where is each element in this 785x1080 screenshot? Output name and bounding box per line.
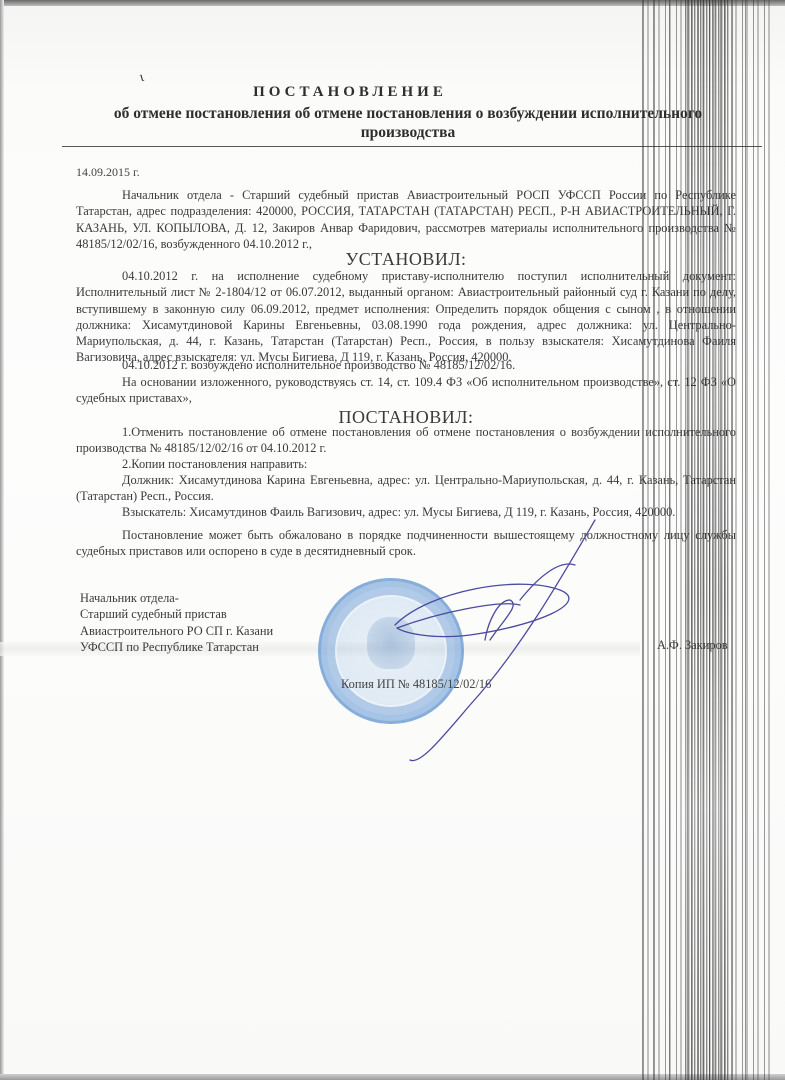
document-title: ПОСТАНОВЛЕНИЕ [60, 84, 640, 101]
scan-left-edge [0, 0, 4, 1080]
intro-paragraph: Начальник отдела - Старший судебный прис… [76, 187, 736, 252]
eagle-emblem-icon [367, 617, 415, 669]
scanner-streak-line [732, 0, 733, 1080]
signatory-line-3: Авиастроительного РО СП г. Казани [80, 623, 273, 639]
document-date: 14.09.2015 г. [76, 165, 140, 180]
scanner-streak-line [745, 0, 746, 1080]
resolution-item-2: 2.Копии постановления направить: [76, 456, 736, 472]
scan-top-edge [0, 0, 785, 6]
scanned-document-page: ι ПОСТАНОВЛЕНИЕ об отмене постановления … [0, 0, 785, 1080]
scanner-streak-line [669, 0, 670, 1080]
document-subtitle: об отмене постановления об отмене постан… [78, 104, 738, 142]
established-paragraph: 04.10.2012 г. на исполнение судебному пр… [76, 268, 736, 366]
signatory-line-1: Начальник отдела- [80, 590, 273, 606]
signatory-name: А.Ф. Закиров [657, 638, 728, 653]
title-divider [62, 146, 762, 147]
official-seal-stamp [318, 578, 464, 724]
signatory-line-4: УФССП по Республике Татарстан [80, 639, 273, 655]
signatory-block: Начальник отдела- Старший судебный прист… [80, 590, 273, 655]
recipient-debtor: Должник: Хисамутдинова Карина Евгеньевна… [76, 472, 736, 505]
signatory-line-2: Старший судебный пристав [80, 606, 273, 622]
scan-bottom-edge [0, 1074, 785, 1080]
stamp-copy-note: Копия ИП № 48185/12/02/16 [341, 677, 491, 692]
scanner-streak-line [653, 0, 654, 1080]
resolution-item-1: 1.Отменить постановление об отмене поста… [76, 424, 736, 457]
basis-paragraph: На основании изложенного, руководствуясь… [76, 374, 736, 407]
heading-established: УСТАНОВИЛ: [76, 249, 736, 270]
scanner-streak-line [642, 0, 643, 1080]
appeal-note: Постановление может быть обжаловано в по… [76, 527, 736, 560]
recipient-claimant: Взыскатель: Хисамутдинов Фаиль Вагизович… [76, 504, 736, 520]
initiated-paragraph: 04.10.2012 г. возбуждено исполнительное … [76, 357, 736, 373]
